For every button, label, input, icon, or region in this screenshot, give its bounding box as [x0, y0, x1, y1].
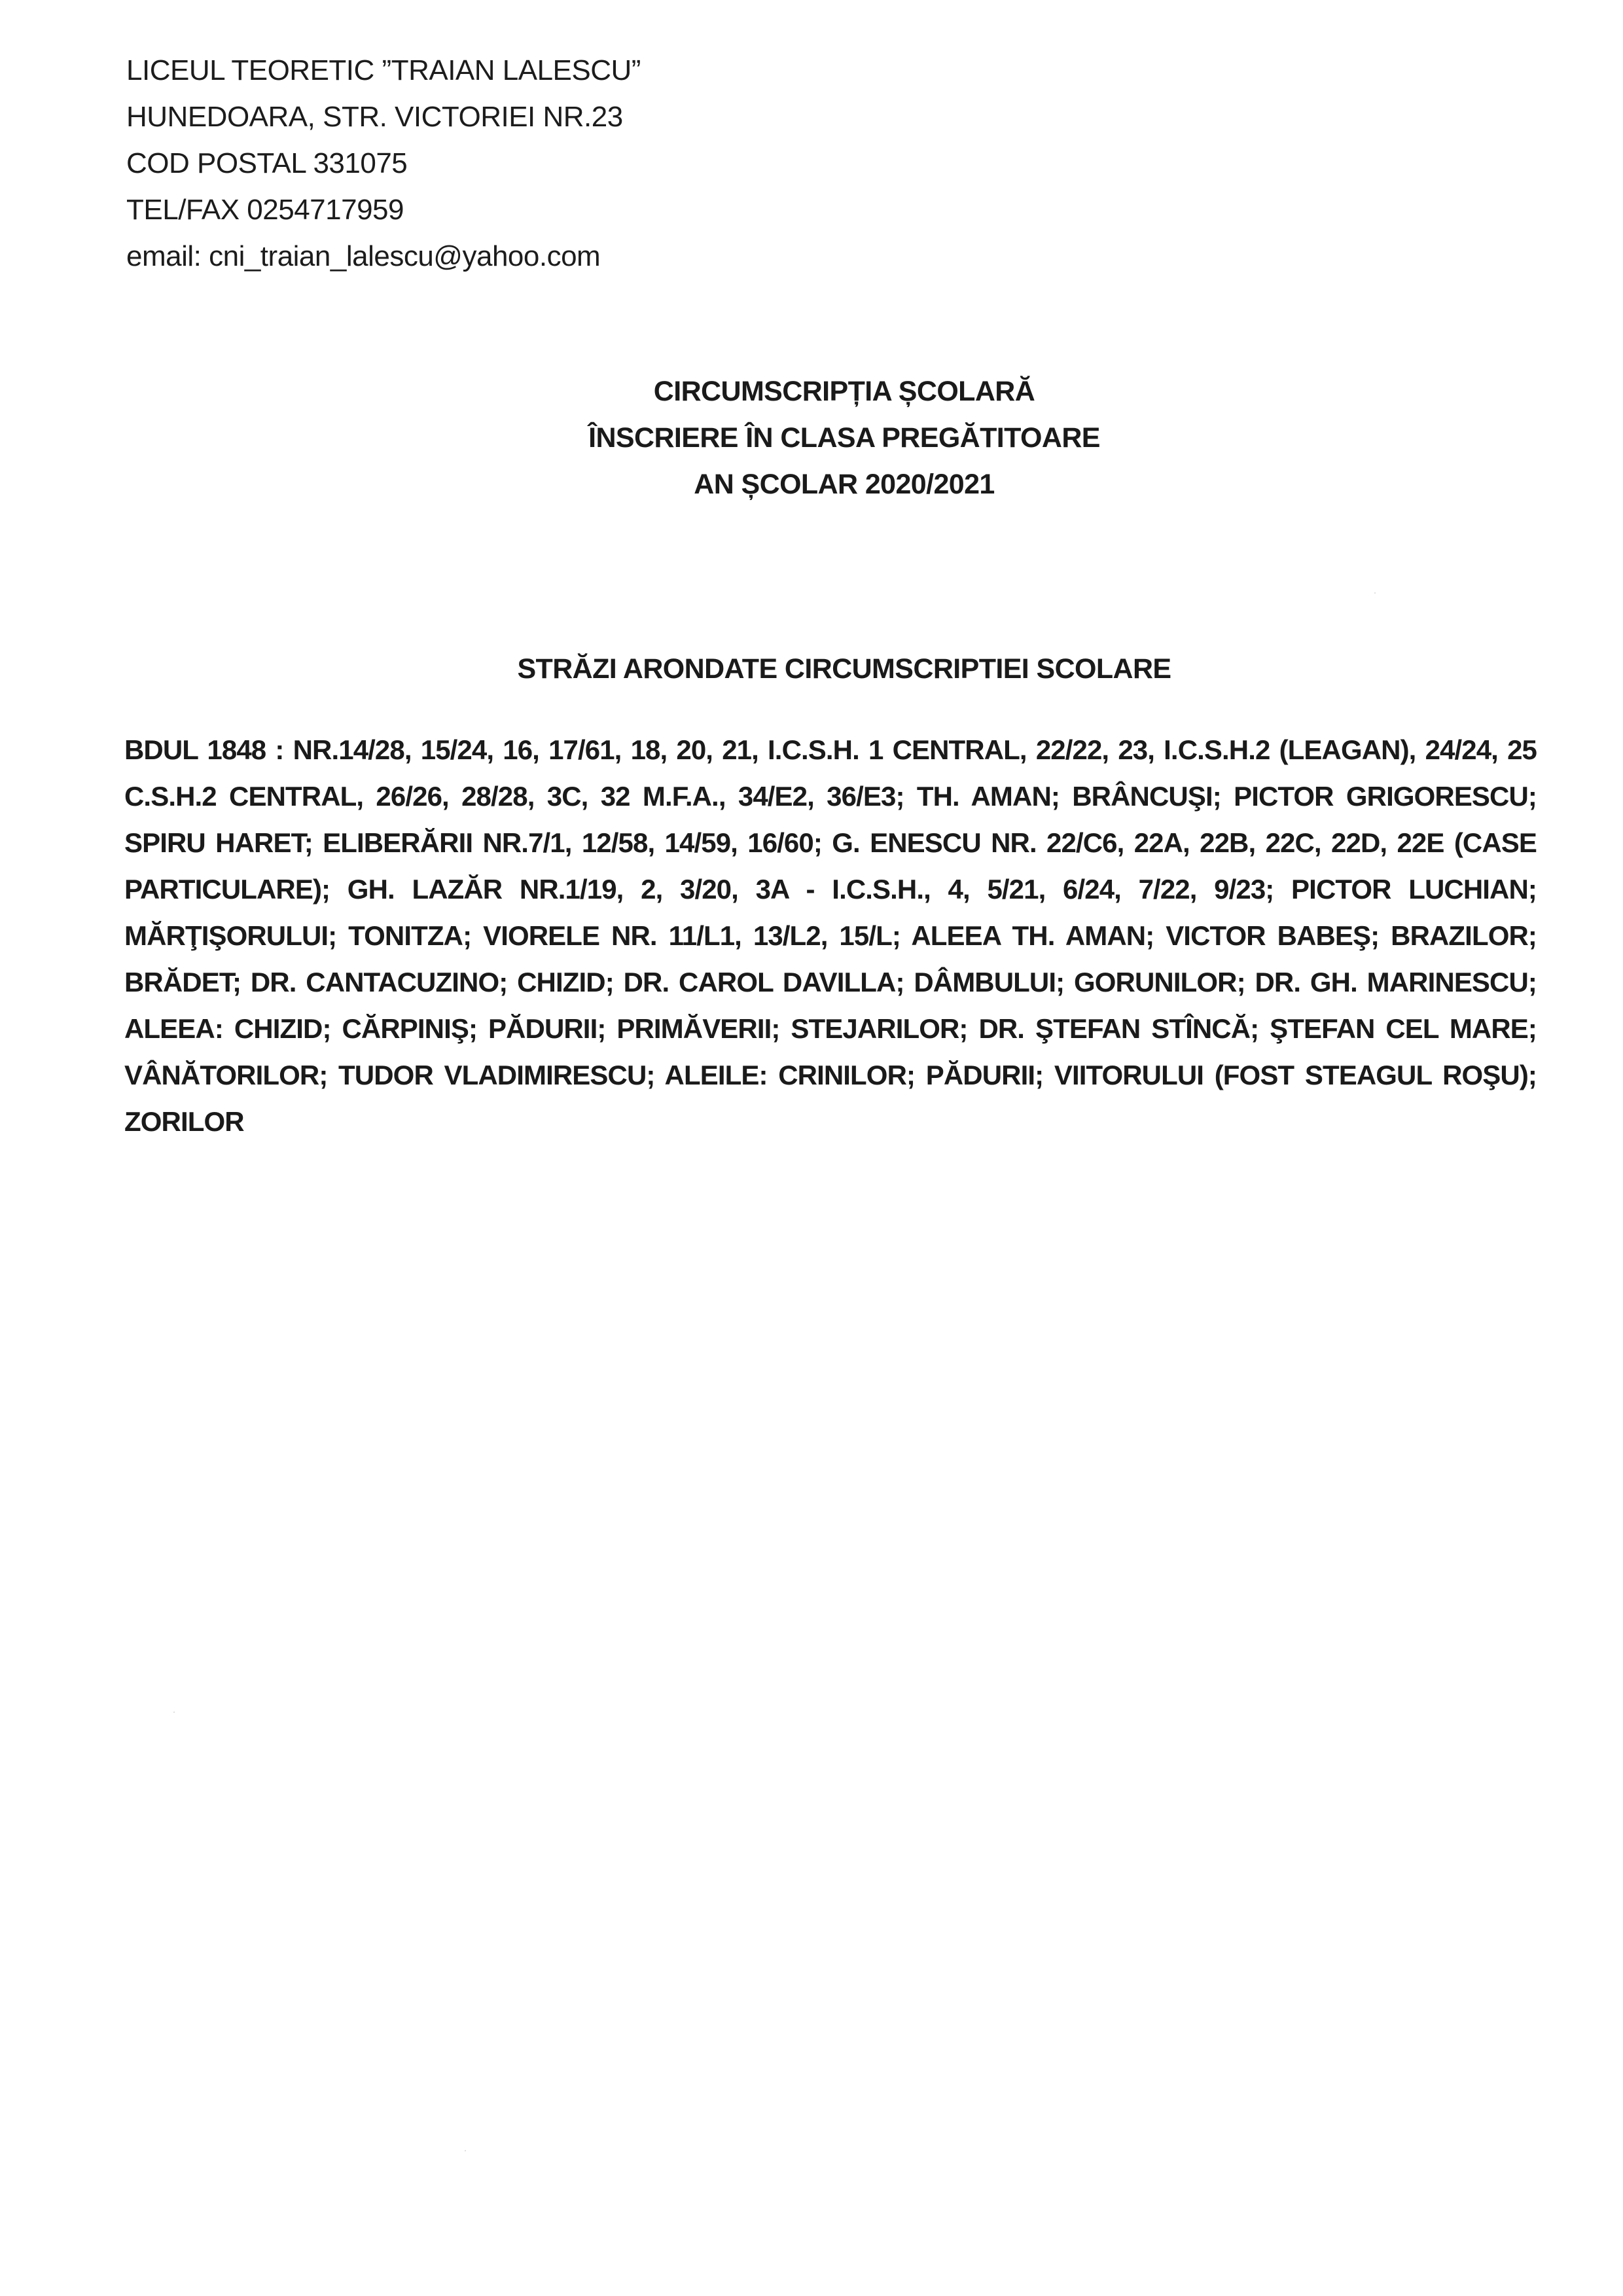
document-subtitle: ÎNSCRIERE ÎN CLASA PREGĂTITOARE	[65, 415, 1623, 461]
scan-artifact	[1374, 592, 1376, 594]
document-page: LICEUL TEORETIC ”TRAIAN LALESCU” HUNEDOA…	[0, 0, 1623, 2296]
school-year: AN ȘCOLAR 2020/2021	[65, 461, 1623, 508]
assigned-streets-paragraph: BDUL 1848 : NR.14/28, 15/24, 16, 17/61, …	[124, 726, 1537, 1145]
document-title-block: CIRCUMSCRIPȚIA ȘCOLARĂ ÎNSCRIERE ÎN CLAS…	[0, 368, 1623, 508]
scan-artifact	[173, 1712, 175, 1713]
scan-artifact	[465, 2150, 466, 2151]
section-heading: STRĂZI ARONDATE CIRCUMSCRIPTIEI SCOLARE	[0, 649, 1623, 689]
school-phone-fax: TEL/FAX 0254717959	[126, 187, 641, 233]
school-name: LICEUL TEORETIC ”TRAIAN LALESCU”	[126, 47, 641, 94]
school-email: email: cni_traian_lalescu@yahoo.com	[126, 233, 641, 279]
school-address-block: LICEUL TEORETIC ”TRAIAN LALESCU” HUNEDOA…	[126, 47, 641, 279]
document-title: CIRCUMSCRIPȚIA ȘCOLARĂ	[65, 368, 1623, 415]
school-street-address: HUNEDOARA, STR. VICTORIEI NR.23	[126, 94, 641, 140]
school-postal-code: COD POSTAL 331075	[126, 140, 641, 187]
